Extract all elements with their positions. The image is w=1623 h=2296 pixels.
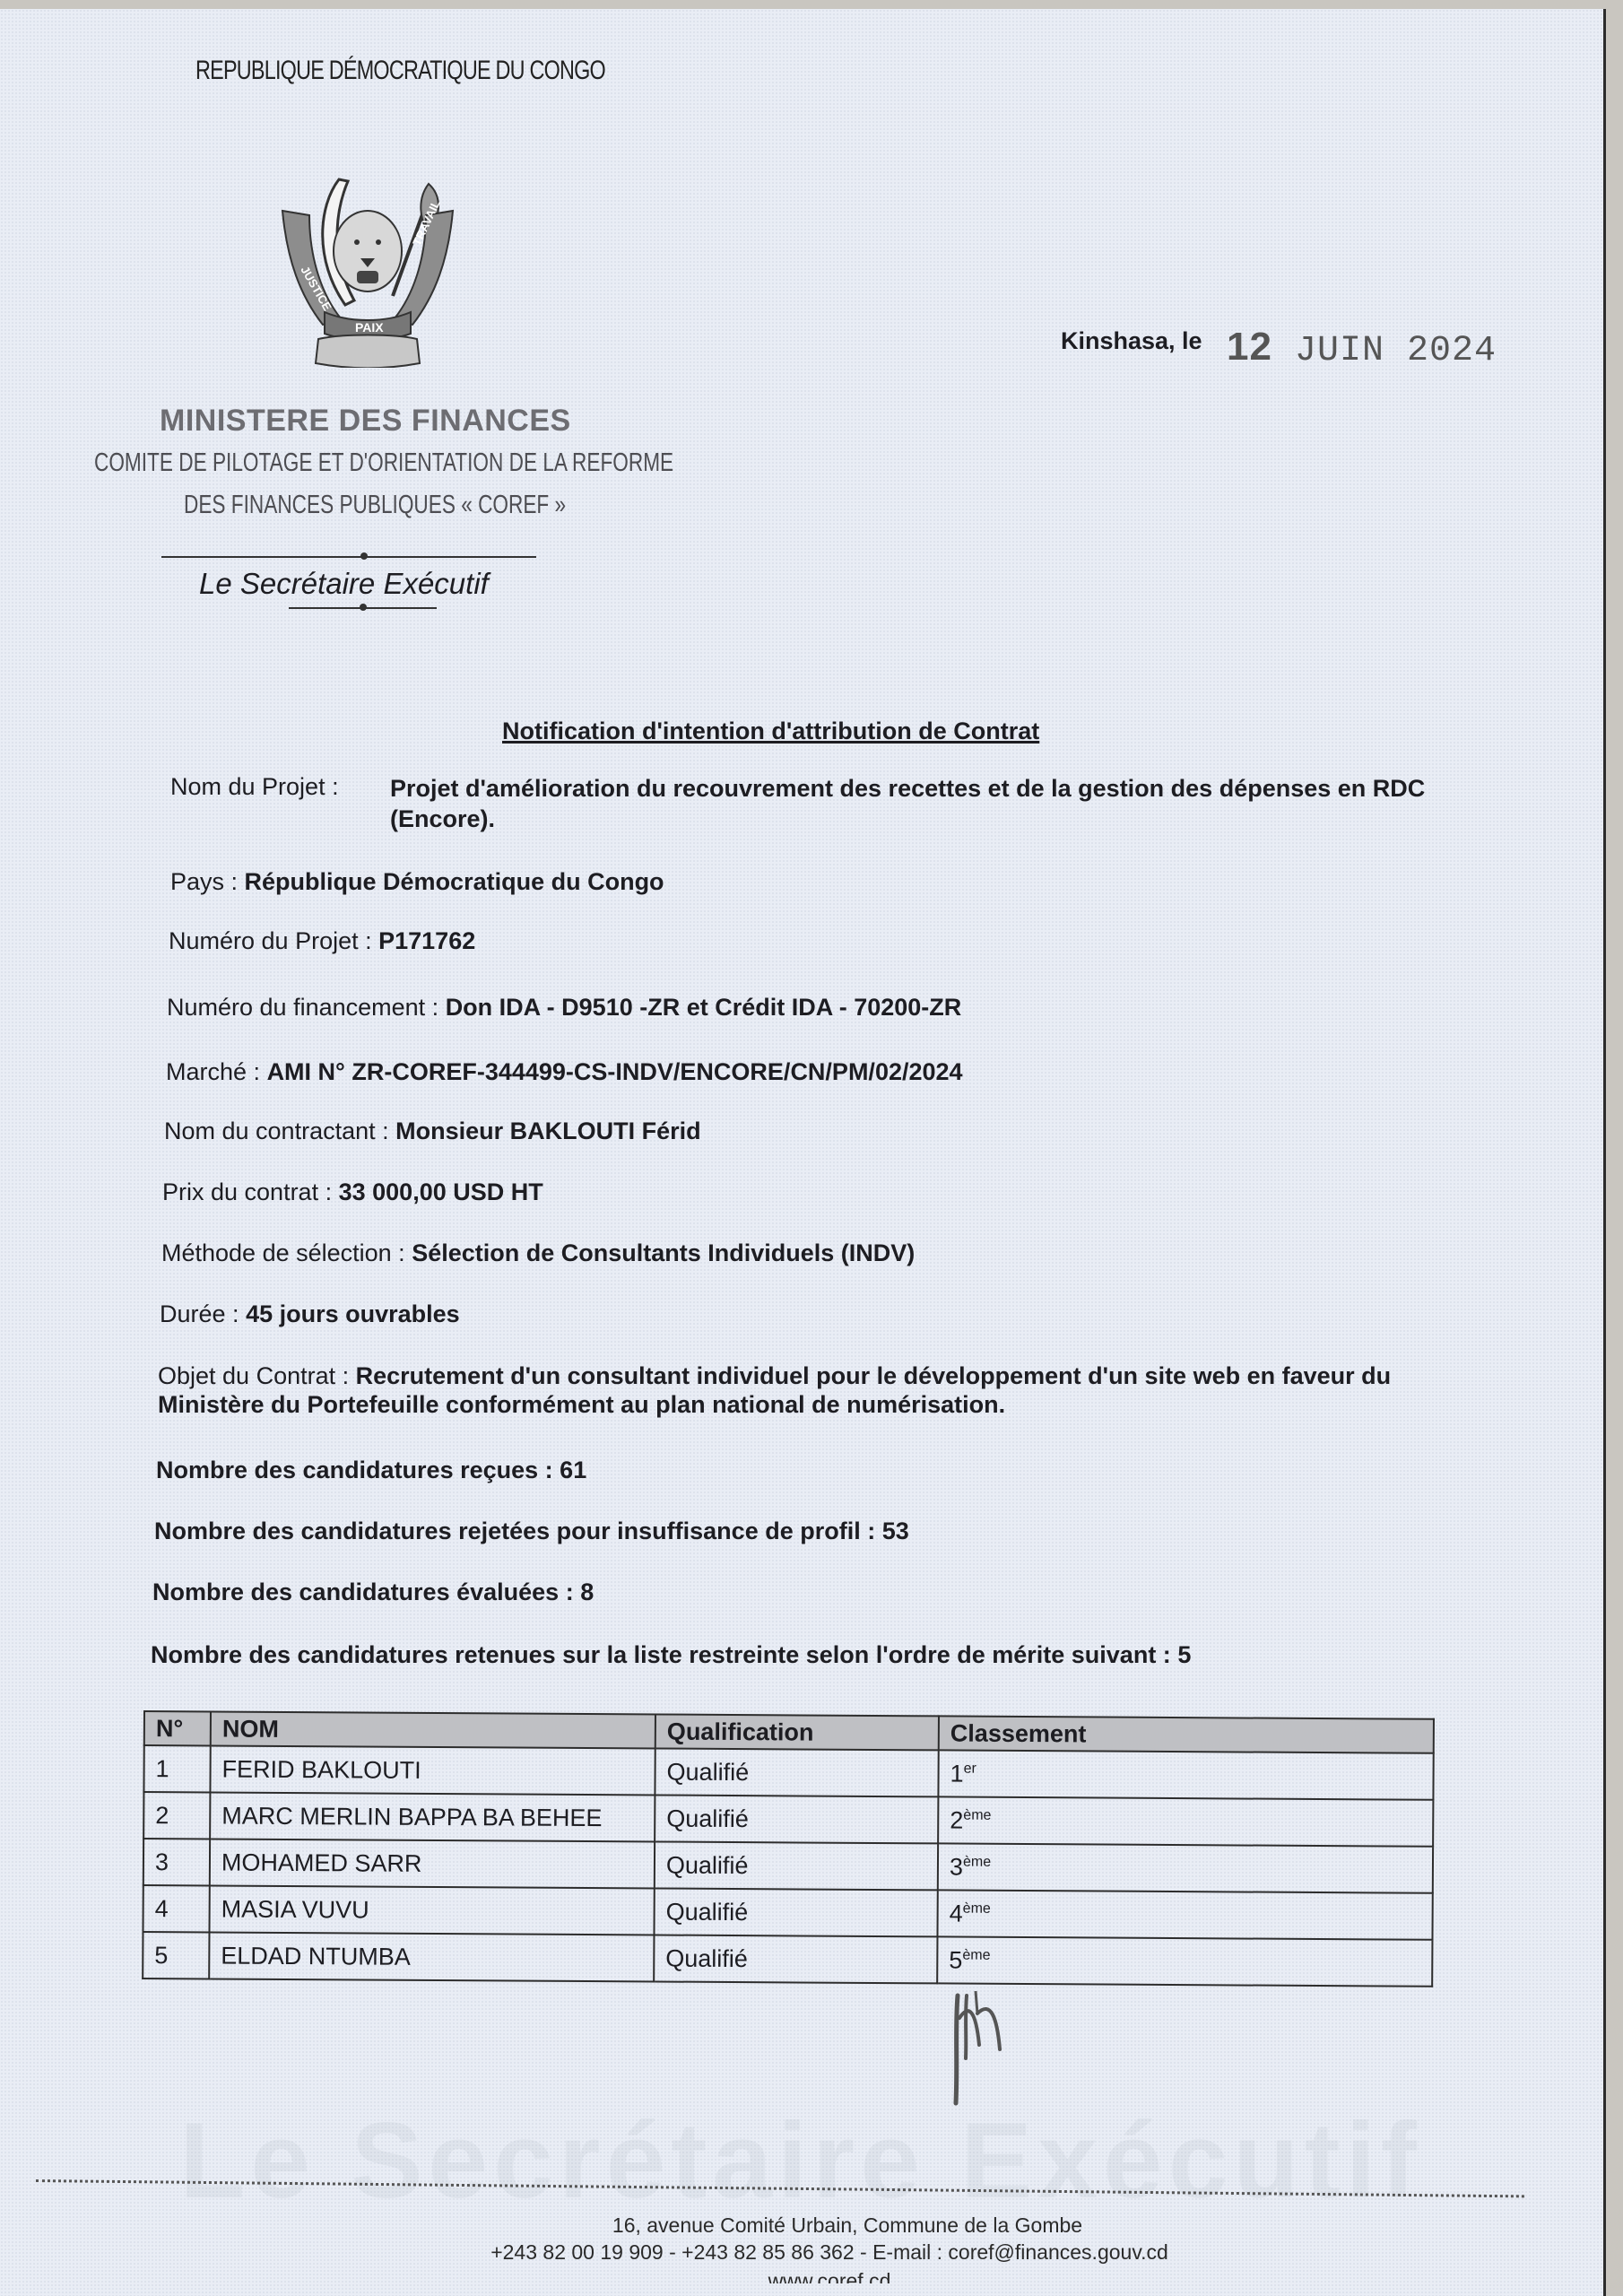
cell-qualification: Qualifié: [655, 1841, 938, 1890]
count-value: 5: [1177, 1641, 1191, 1668]
field-selection-method: Méthode de sélection : Sélection de Cons…: [161, 1239, 915, 1267]
field-value: 45 jours ouvrables: [246, 1300, 460, 1327]
field-label: Marché :: [166, 1058, 260, 1085]
rank-number: 2: [950, 1806, 963, 1833]
field-value: Projet d'amélioration du recouvrement de…: [390, 773, 1439, 834]
table-row: 2MARC MERLIN BAPPA BA BEHEEQualifié2ème: [143, 1792, 1433, 1847]
committee-line-2: DES FINANCES PUBLIQUES « COREF »: [184, 491, 566, 520]
rank-number: 3: [950, 1853, 963, 1880]
date-stamp: 12 JUIN 2024: [1227, 325, 1497, 371]
field-contractor: Nom du contractant : Monsieur BAKLOUTI F…: [164, 1118, 701, 1145]
shortlist-table: N° NOM Qualification Classement 1FERID B…: [142, 1710, 1435, 1987]
divider-ornament: [360, 604, 367, 611]
cell-ranking: 1er: [938, 1750, 1433, 1799]
cell-ranking: 3ème: [938, 1843, 1433, 1892]
rank-number: 4: [950, 1900, 963, 1926]
field-label: Durée :: [160, 1300, 239, 1327]
field-label: Objet du Contrat :: [158, 1362, 349, 1389]
count-label: Nombre des candidatures retenues sur la …: [151, 1641, 1171, 1668]
cell-number: 2: [143, 1792, 210, 1839]
cell-ranking: 2ème: [938, 1796, 1433, 1846]
committee-line-1: COMITE DE PILOTAGE ET D'ORIENTATION DE L…: [94, 448, 673, 478]
count-value: 53: [882, 1518, 909, 1544]
cell-qualification: Qualifié: [654, 1888, 937, 1936]
footer-address: 16, avenue Comité Urbain, Commune de la …: [0, 2213, 1623, 2238]
table-body: 1FERID BAKLOUTIQualifié1er2MARC MERLIN B…: [143, 1745, 1434, 1987]
field-label: Numéro du Projet :: [169, 927, 372, 954]
field-value: République Démocratique du Congo: [245, 868, 664, 895]
field-project-number: Numéro du Projet : P171762: [169, 927, 475, 955]
cell-number: 4: [143, 1885, 209, 1932]
watermark: Le Secrétaire Exécutif: [179, 2099, 1422, 2222]
field-label: Pays :: [170, 868, 238, 895]
office-title: Le Secrétaire Exécutif: [199, 567, 489, 601]
ministry-name: MINISTERE DES FINANCES: [160, 404, 571, 439]
field-value: Monsieur BAKLOUTI Férid: [395, 1118, 701, 1144]
field-label: Nom du Projet :: [170, 773, 339, 800]
field-duration: Durée : 45 jours ouvrables: [160, 1300, 460, 1328]
cell-qualification: Qualifié: [655, 1748, 938, 1796]
rank-suffix: er: [964, 1761, 976, 1776]
date-year: 2024: [1407, 331, 1497, 371]
count-received: Nombre des candidatures reçues : 61: [156, 1457, 586, 1484]
field-value: 33 000,00 USD HT: [339, 1178, 543, 1205]
rank-number: 1: [950, 1760, 963, 1787]
divider: [161, 556, 536, 558]
date-month: JUIN: [1295, 331, 1384, 371]
cell-name: MASIA VUVU: [209, 1885, 654, 1935]
count-label: Nombre des candidatures évaluées :: [152, 1578, 574, 1605]
table-row: 1FERID BAKLOUTIQualifié1er: [143, 1745, 1433, 1800]
divider-ornament: [360, 552, 368, 560]
footer-website: www.coref.cd: [0, 2269, 1623, 2283]
field-value: Sélection de Consultants Individuels (IN…: [412, 1239, 915, 1266]
document-title: Notification d'intention d'attribution d…: [502, 717, 1039, 745]
cell-name: FERID BAKLOUTI: [210, 1745, 655, 1795]
table-row: 3MOHAMED SARRQualifié3ème: [143, 1839, 1433, 1893]
field-financing-number: Numéro du financement : Don IDA - D9510 …: [167, 994, 961, 1022]
coat-of-arms-icon: JUSTICE TRAVAIL PAIX: [269, 161, 466, 368]
cell-qualification: Qualifié: [654, 1935, 937, 1983]
cell-name: MOHAMED SARR: [210, 1839, 655, 1888]
field-label: Méthode de sélection :: [161, 1239, 405, 1266]
column-header-qualification: Qualification: [655, 1714, 939, 1750]
handwritten-signature-icon: [942, 1991, 1031, 2108]
field-market: Marché : AMI N° ZR-COREF-344499-CS-INDV/…: [166, 1058, 963, 1086]
cell-number: 1: [143, 1745, 210, 1792]
cell-ranking: 4ème: [937, 1890, 1432, 1939]
field-label: Prix du contrat :: [162, 1178, 332, 1205]
count-label: Nombre des candidatures rejetées pour in…: [154, 1518, 875, 1544]
rank-suffix: ème: [963, 1807, 991, 1822]
date-label: Kinshasa, le: [1061, 327, 1202, 355]
cell-name: MARC MERLIN BAPPA BA BEHEE: [210, 1792, 655, 1841]
field-project-name: Nom du Projet : Projet d'amélioration du…: [170, 773, 339, 801]
column-header-ranking: Classement: [939, 1716, 1434, 1752]
cell-name: ELDAD NTUMBA: [209, 1932, 654, 1981]
count-rejected: Nombre des candidatures rejetées pour in…: [154, 1518, 909, 1545]
date-day: 12: [1227, 325, 1272, 369]
cell-qualification: Qualifié: [655, 1795, 938, 1843]
count-shortlisted: Nombre des candidatures retenues sur la …: [151, 1641, 1191, 1669]
field-label: Nom du contractant :: [164, 1118, 389, 1144]
field-value: AMI N° ZR-COREF-344499-CS-INDV/ENCORE/CN…: [267, 1058, 963, 1085]
column-header-name: NOM: [211, 1711, 655, 1748]
count-label: Nombre des candidatures reçues :: [156, 1457, 553, 1483]
rank-number: 5: [949, 1946, 962, 1973]
table-row: 5ELDAD NTUMBAQualifié5ème: [143, 1932, 1432, 1987]
rank-suffix: ème: [963, 1854, 991, 1869]
field-label: Numéro du financement :: [167, 994, 438, 1021]
count-value: 61: [560, 1457, 586, 1483]
rank-suffix: ème: [962, 1947, 990, 1962]
field-contract-object: Objet du Contrat : Recrutement d'un cons…: [158, 1361, 1395, 1419]
rank-suffix: ème: [963, 1900, 991, 1916]
country-heading: REPUBLIQUE DÉMOCRATIQUE DU CONGO: [195, 56, 605, 86]
cell-ranking: 5ème: [937, 1936, 1432, 1986]
column-header-number: N°: [144, 1711, 211, 1745]
field-value: P171762: [378, 927, 475, 954]
count-evaluated: Nombre des candidatures évaluées : 8: [152, 1578, 594, 1606]
field-value: Don IDA - D9510 -ZR et Crédit IDA - 7020…: [446, 994, 962, 1021]
count-value: 8: [580, 1578, 594, 1605]
cell-number: 5: [143, 1932, 209, 1979]
field-country: Pays : République Démocratique du Congo: [170, 868, 664, 896]
document-page: REPUBLIQUE DÉMOCRATIQUE DU CONGO JUSTICE…: [0, 9, 1603, 2296]
table-row: 4MASIA VUVUQualifié4ème: [143, 1885, 1432, 1940]
footer-contacts: +243 82 00 19 909 - +243 82 85 86 362 - …: [0, 2240, 1623, 2265]
cell-number: 3: [143, 1839, 210, 1885]
svg-text:PAIX: PAIX: [355, 320, 384, 335]
field-contract-price: Prix du contrat : 33 000,00 USD HT: [162, 1178, 543, 1206]
